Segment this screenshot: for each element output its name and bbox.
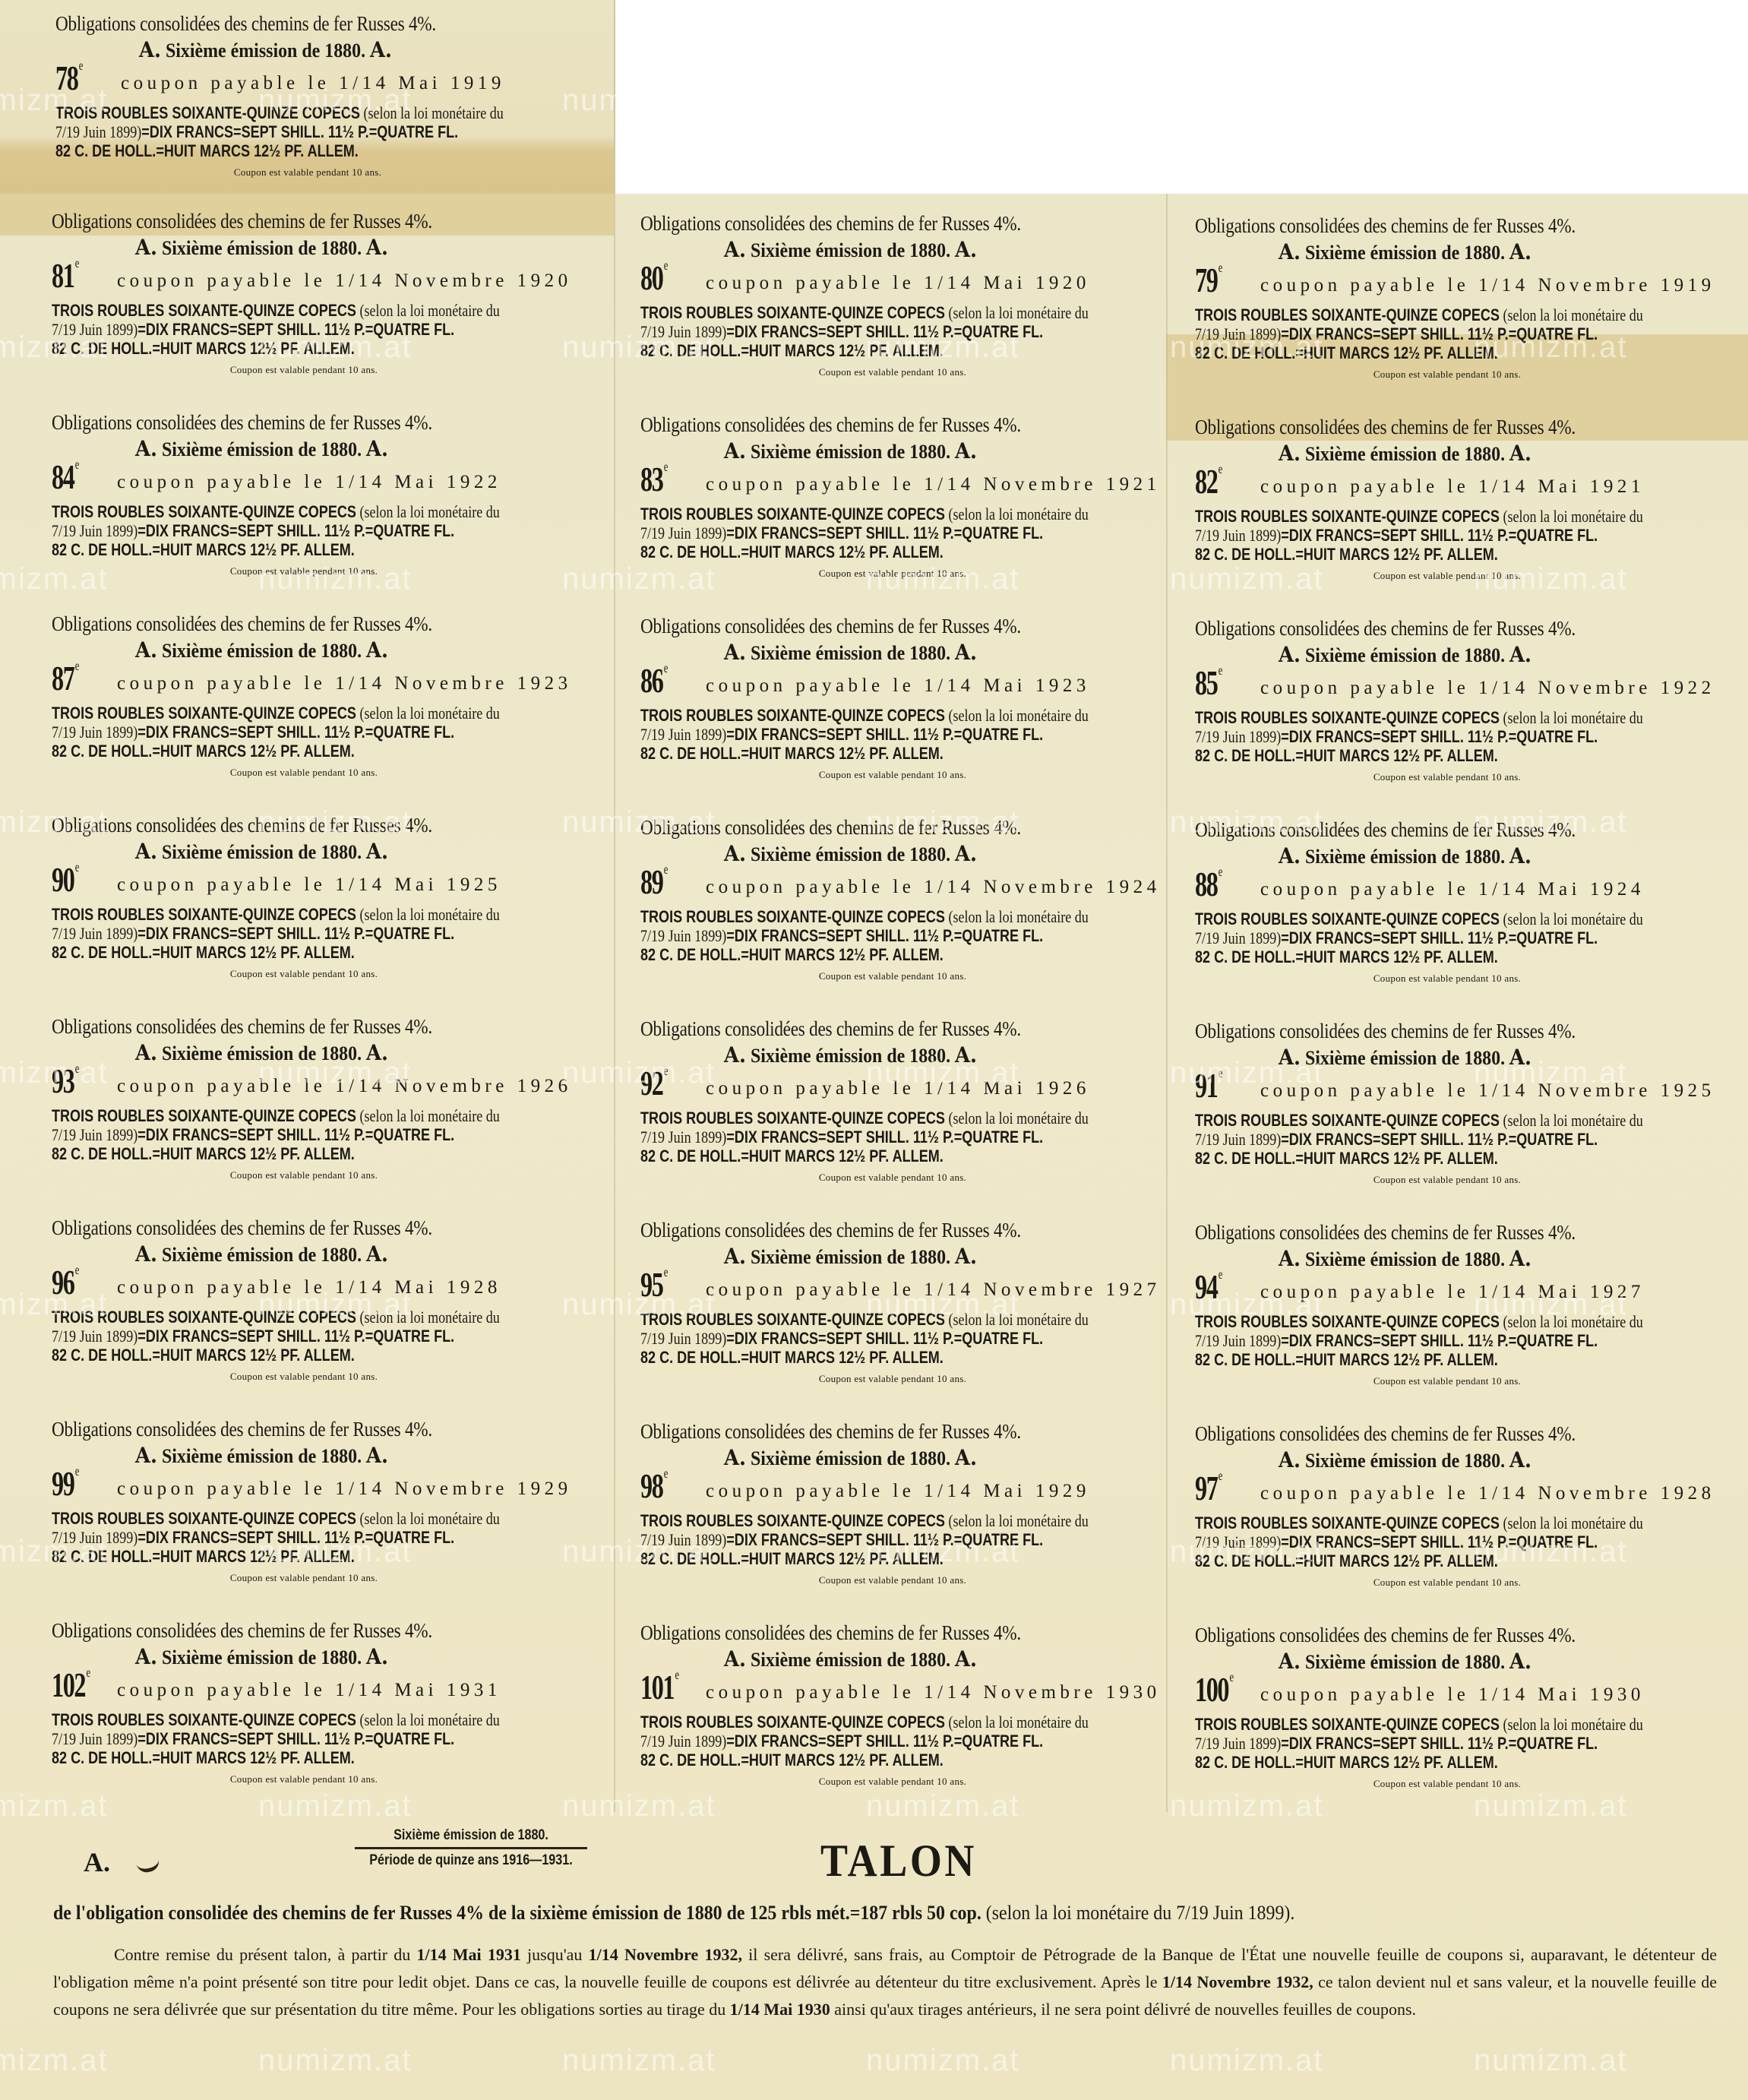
coupon-heading: Obligations consolidées des chemins de f… [1195,214,1655,238]
coupon-number: 95e [640,1264,667,1305]
coupon-heading: Obligations consolidées des chemins de f… [640,413,1100,437]
coupon-payable-date: coupon payable le 1/14 Novembre 1929 [117,1479,572,1500]
ordinal-suffix: e [75,1061,78,1076]
talon-body-emphasis: 1/14 Novembre 1932, [1162,1972,1313,1991]
talon-headline-normal: (selon la loi monétaire du 7/19 Juin 189… [981,1902,1295,1924]
series-letter: A. [955,640,977,665]
coupon-equivalence-line: 7/19 Juin 1899)=DIX FRANCS=SEPT SHILL. 1… [640,322,1079,341]
amount-caps: TROIS ROUBLES SOIXANTE-QUINZE COPECS [640,907,945,926]
coupon-equivalence-line: 7/19 Juin 1899)=DIX FRANCS=SEPT SHILL. 1… [52,1729,490,1748]
coupon-amount-line: TROIS ROUBLES SOIXANTE-QUINZE COPECS (se… [1195,507,1633,526]
coupon: Obligations consolidées des chemins de f… [34,2,596,201]
coupon-amount-line: TROIS ROUBLES SOIXANTE-QUINZE COPECS (se… [52,704,490,723]
series-letter: A. [135,235,157,260]
coupon-number: 93e [52,1061,78,1101]
coupon-payable-date: coupon payable le 1/14 Mai 1930 [1260,1684,1645,1706]
coupon-heading: Obligations consolidées des chemins de f… [52,210,511,233]
coupon-equivalence-line: 7/19 Juin 1899)=DIX FRANCS=SEPT SHILL. 1… [640,926,1079,945]
series-letter: A. [135,1040,157,1065]
coupon-amount-line: TROIS ROUBLES SOIXANTE-QUINZE COPECS (se… [1195,305,1633,324]
talon-body-emphasis: 1/14 Mai 1931 [416,1945,520,1964]
coupon: Obligations consolidées des chemins de f… [619,1208,1181,1407]
series-letter: A. [366,1040,388,1065]
coupon-equivalence-line-2: 82 C. DE HOLL.=HUIT MARCS 12½ PF. ALLEM. [640,1751,1079,1770]
coupon-heading: Obligations consolidées des chemins de f… [52,1216,511,1240]
coupon-equivalence-line-2: 82 C. DE HOLL.=HUIT MARCS 12½ PF. ALLEM. [52,1346,490,1365]
coupon-amount-line: TROIS ROUBLES SOIXANTE-QUINZE COPECS (se… [1195,1715,1633,1734]
coupon-emission: A. Sixième émission de 1880. A. [1279,1649,1693,1674]
coupon-payable-date: coupon payable le 1/14 Novembre 1920 [117,270,572,292]
coupon: Obligations consolidées des chemins de f… [619,805,1181,1004]
series-letter: A. [724,1042,746,1067]
talon-emission-line: Sixième émission de 1880. [355,1827,587,1849]
coupon-equivalence-line-2: 82 C. DE HOLL.=HUIT MARCS 12½ PF. ALLEM. [52,540,490,559]
equivalence: =DIX FRANCS=SEPT SHILL. 11½ P.=QUATRE FL… [1281,1331,1598,1350]
coupon-payable-date: coupon payable le 1/14 Novembre 1926 [117,1076,572,1097]
coupon-heading: Obligations consolidées des chemins de f… [1195,818,1655,842]
coupon-emission: A. Sixième émission de 1880. A. [1279,1246,1693,1271]
coupon: Obligations consolidées des chemins de f… [619,1409,1181,1608]
coupon-heading: Obligations consolidées des chemins de f… [52,1015,511,1039]
series-letter: A. [135,1644,157,1669]
coupon-number: 84e [52,457,78,497]
talon-body-text: Contre remise du présent talon, à partir… [53,1941,1717,2023]
ordinal-suffix: e [87,1665,90,1680]
coupon-equivalence-line: 7/19 Juin 1899)=DIX FRANCS=SEPT SHILL. 1… [1195,1734,1633,1753]
coupon: Obligations consolidées des chemins de f… [619,201,1181,400]
amount-caps: TROIS ROUBLES SOIXANTE-QUINZE COPECS [1195,1513,1500,1532]
amount-caps: TROIS ROUBLES SOIXANTE-QUINZE COPECS [55,103,360,122]
coupon-validity: Coupon est valable pendant 10 ans. [640,1574,1145,1586]
coupon: Obligations consolidées des chemins de f… [30,400,593,599]
ordinal-suffix: e [664,1264,667,1279]
talon-body-segment: Contre remise du présent talon, à partir… [114,1945,416,1964]
series-letter: A. [724,841,746,866]
coupon: Obligations consolidées des chemins de f… [1174,204,1736,403]
equivalence: =DIX FRANCS=SEPT SHILL. 11½ P.=QUATRE FL… [1281,324,1598,343]
coupon-payable-line: 96ecoupon payable le 1/14 Mai 1928 [52,1267,586,1308]
coupon-number: 89e [640,862,667,902]
coupon-equivalence-line-2: 82 C. DE HOLL.=HUIT MARCS 12½ PF. ALLEM. [1195,1753,1633,1772]
amount-caps: TROIS ROUBLES SOIXANTE-QUINZE COPECS [1195,305,1500,324]
coupon-number: 99e [52,1463,78,1504]
coupon-amount-line: TROIS ROUBLES SOIXANTE-QUINZE COPECS (se… [640,907,1079,926]
ordinal-suffix: e [664,862,667,877]
coupon-payable-date: coupon payable le 1/14 Mai 1927 [1260,1282,1645,1303]
coupon-payable-date: coupon payable le 1/14 Novembre 1927 [706,1279,1161,1301]
series-letter: A. [955,1445,977,1470]
coupon: Obligations consolidées des chemins de f… [1174,1210,1736,1409]
series-letter: A. [1279,441,1301,466]
amount-caps: TROIS ROUBLES SOIXANTE-QUINZE COPECS [52,1308,356,1327]
series-letter: A. [724,1445,746,1470]
coupon: Obligations consolidées des chemins de f… [30,1608,593,1807]
coupon-amount-line: TROIS ROUBLES SOIXANTE-QUINZE COPECS (se… [640,1713,1079,1732]
coupon-payable-date: coupon payable le 1/14 Mai 1924 [1260,879,1645,900]
coupon: Obligations consolidées des chemins de f… [619,403,1181,602]
column-divider [614,194,615,1812]
equivalence: =DIX FRANCS=SEPT SHILL. 11½ P.=QUATRE FL… [138,924,454,943]
coupon-payable-line: 87ecoupon payable le 1/14 Novembre 1923 [52,663,586,704]
coupon: Obligations consolidées des chemins de f… [1174,606,1736,805]
coupon-validity: Coupon est valable pendant 10 ans. [1195,771,1699,783]
series-letter: A. [366,235,388,260]
coupon-equivalence-line: 7/19 Juin 1899)=DIX FRANCS=SEPT SHILL. 1… [640,523,1079,542]
coupon-equivalence-line-2: 82 C. DE HOLL.=HUIT MARCS 12½ PF. ALLEM. [52,1748,490,1767]
coupon-equivalence-line: 7/19 Juin 1899)=DIX FRANCS=SEPT SHILL. 1… [1195,324,1633,343]
equivalence: =DIX FRANCS=SEPT SHILL. 11½ P.=QUATRE FL… [138,723,454,742]
talon-period-line: Période de quinze ans 1916—1931. [355,1849,587,1869]
series-letter: A. [135,1241,157,1267]
coupon-heading: Obligations consolidées des chemins de f… [1195,1624,1655,1647]
coupon-heading: Obligations consolidées des chemins de f… [52,612,511,636]
coupon-payable-line: 86ecoupon payable le 1/14 Mai 1923 [640,665,1175,706]
amount-caps: TROIS ROUBLES SOIXANTE-QUINZE COPECS [640,1713,945,1732]
coupon-emission: A. Sixième émission de 1880. A. [135,235,550,260]
coupon-number: 78e [55,58,82,98]
talon-headline-bold: de l'obligation consolidée des chemins d… [53,1902,981,1924]
coupon-amount-line: TROIS ROUBLES SOIXANTE-QUINZE COPECS (se… [55,103,494,122]
coupon-payable-line: 95ecoupon payable le 1/14 Novembre 1927 [640,1269,1175,1310]
coupon-equivalence-line-2: 82 C. DE HOLL.=HUIT MARCS 12½ PF. ALLEM. [1195,947,1633,966]
coupon-emission: A. Sixième émission de 1880. A. [724,1244,1139,1269]
equivalence: =DIX FRANCS=SEPT SHILL. 11½ P.=QUATRE FL… [138,1528,454,1547]
coupon: Obligations consolidées des chemins de f… [1174,1613,1736,1812]
coupon-equivalence-line-2: 82 C. DE HOLL.=HUIT MARCS 12½ PF. ALLEM. [640,542,1079,561]
equivalence: =DIX FRANCS=SEPT SHILL. 11½ P.=QUATRE FL… [1281,1130,1598,1149]
equivalence: =DIX FRANCS=SEPT SHILL. 11½ P.=QUATRE FL… [141,122,458,141]
series-letter: A. [1279,1246,1301,1271]
series-letter: A. [724,640,746,665]
coupon-payable-date: coupon payable le 1/14 Novembre 1919 [1260,275,1715,296]
series-letter: A. [1509,843,1531,868]
equivalence: =DIX FRANCS=SEPT SHILL. 11½ P.=QUATRE FL… [726,926,1043,945]
coupon-validity: Coupon est valable pendant 10 ans. [52,968,556,980]
amount-caps: TROIS ROUBLES SOIXANTE-QUINZE COPECS [52,704,356,723]
coupon-equivalence-line-2: 82 C. DE HOLL.=HUIT MARCS 12½ PF. ALLEM. [52,1144,490,1163]
ordinal-suffix: e [1219,1065,1222,1080]
series-letter: A. [1509,239,1531,264]
coupon-payable-line: 84ecoupon payable le 1/14 Mai 1922 [52,461,586,502]
coupon-number: 97e [1195,1468,1222,1508]
amount-caps: TROIS ROUBLES SOIXANTE-QUINZE COPECS [640,706,945,725]
talon-body-emphasis: 1/14 Novembre 1932, [589,1945,742,1964]
coupon-equivalence-line-2: 82 C. DE HOLL.=HUIT MARCS 12½ PF. ALLEM. [52,742,490,761]
coupon-amount-line: TROIS ROUBLES SOIXANTE-QUINZE COPECS (se… [1195,1312,1633,1331]
coupon-payable-line: 91ecoupon payable le 1/14 Novembre 1925 [1195,1070,1730,1111]
equivalence: =DIX FRANCS=SEPT SHILL. 11½ P.=QUATRE FL… [1281,928,1598,947]
coupon-emission: A. Sixième émission de 1880. A. [1279,1045,1693,1070]
coupon-equivalence-line-2: 82 C. DE HOLL.=HUIT MARCS 12½ PF. ALLEM. [52,943,490,962]
amount-caps: TROIS ROUBLES SOIXANTE-QUINZE COPECS [52,301,356,320]
equivalence: =DIX FRANCS=SEPT SHILL. 11½ P.=QUATRE FL… [726,322,1043,341]
coupon-validity: Coupon est valable pendant 10 ans. [52,1371,556,1383]
amount-caps: TROIS ROUBLES SOIXANTE-QUINZE COPECS [1195,909,1500,928]
amount-caps: TROIS ROUBLES SOIXANTE-QUINZE COPECS [52,1509,356,1528]
coupon-equivalence-line: 7/19 Juin 1899)=DIX FRANCS=SEPT SHILL. 1… [640,1732,1079,1751]
coupon-heading: Obligations consolidées des chemins de f… [1195,416,1655,439]
coupon-validity: Coupon est valable pendant 10 ans. [640,1373,1145,1385]
coupon-payable-line: 100ecoupon payable le 1/14 Mai 1930 [1195,1674,1730,1715]
coupon-equivalence-line-2: 82 C. DE HOLL.=HUIT MARCS 12½ PF. ALLEM. [640,744,1079,763]
talon-subtitle: Sixième émission de 1880. Période de qui… [355,1827,587,1869]
ordinal-suffix: e [1219,864,1222,879]
ordinal-suffix: e [675,1667,678,1682]
coupon-payable-line: 79ecoupon payable le 1/14 Novembre 1919 [1195,264,1730,305]
coupon-heading: Obligations consolidées des chemins de f… [55,12,515,36]
coupon-emission: A. Sixième émission de 1880. A. [135,1040,550,1065]
amount-caps: TROIS ROUBLES SOIXANTE-QUINZE COPECS [640,1109,945,1127]
ordinal-suffix: e [664,258,667,273]
coupon-equivalence-line: 7/19 Juin 1899)=DIX FRANCS=SEPT SHILL. 1… [640,1329,1079,1348]
series-letter: A. [724,1646,746,1671]
coupon-validity: Coupon est valable pendant 10 ans. [52,364,556,376]
coupon-validity: Coupon est valable pendant 10 ans. [1195,1174,1699,1186]
coupon-validity: Coupon est valable pendant 10 ans. [640,568,1145,580]
series-letter: A. [955,438,977,463]
coupon-emission: A. Sixième émission de 1880. A. [1279,441,1693,466]
equivalence: =DIX FRANCS=SEPT SHILL. 11½ P.=QUATRE FL… [726,725,1043,744]
series-letter: A. [366,1241,388,1267]
talon-body-segment: jusqu'au [521,1945,589,1964]
coupon-number: 82e [1195,461,1222,501]
coupon-equivalence-line: 7/19 Juin 1899)=DIX FRANCS=SEPT SHILL. 1… [52,723,490,742]
coupon-equivalence-line: 7/19 Juin 1899)=DIX FRANCS=SEPT SHILL. 1… [1195,526,1633,545]
amount-caps: TROIS ROUBLES SOIXANTE-QUINZE COPECS [1195,507,1500,526]
series-letter: A. [955,841,977,866]
series-letter: A. [1509,1045,1531,1070]
series-letter: A. [1509,642,1531,667]
coupon-equivalence-line: 7/19 Juin 1899)=DIX FRANCS=SEPT SHILL. 1… [1195,1130,1633,1149]
coupon-payable-line: 78ecoupon payable le 1/14 Mai 1919 [55,62,590,103]
coupon-payable-date: coupon payable le 1/14 Novembre 1925 [1260,1080,1715,1102]
amount-caps: TROIS ROUBLES SOIXANTE-QUINZE COPECS [640,1511,945,1530]
coupon-emission: A. Sixième émission de 1880. A. [135,1644,550,1669]
coupon-emission: A. Sixième émission de 1880. A. [724,237,1139,262]
coupon-payable-date: coupon payable le 1/14 Mai 1919 [121,73,505,94]
equivalence: =DIX FRANCS=SEPT SHILL. 11½ P.=QUATRE FL… [138,521,454,540]
coupon-amount-line: TROIS ROUBLES SOIXANTE-QUINZE COPECS (se… [52,301,490,320]
coupon-equivalence-line: 7/19 Juin 1899)=DIX FRANCS=SEPT SHILL. 1… [1195,928,1633,947]
coupon-amount-line: TROIS ROUBLES SOIXANTE-QUINZE COPECS (se… [640,303,1079,322]
series-letter: A. [955,1042,977,1067]
amount-caps: TROIS ROUBLES SOIXANTE-QUINZE COPECS [640,504,945,523]
coupon-payable-line: 89ecoupon payable le 1/14 Novembre 1924 [640,866,1175,907]
series-letter: A. [955,1244,977,1269]
coupon-equivalence-line-2: 82 C. DE HOLL.=HUIT MARCS 12½ PF. ALLEM. [640,1348,1079,1367]
equivalence: =DIX FRANCS=SEPT SHILL. 11½ P.=QUATRE FL… [138,1729,454,1748]
coupon-heading: Obligations consolidées des chemins de f… [1195,1422,1655,1446]
amount-caps: TROIS ROUBLES SOIXANTE-QUINZE COPECS [52,502,356,521]
coupon-emission: A. Sixième émission de 1880. A. [1279,642,1693,667]
coupon-heading: Obligations consolidées des chemins de f… [640,1219,1100,1242]
coupon-validity: Coupon est valable pendant 10 ans. [640,1776,1145,1788]
coupon-equivalence-line-2: 82 C. DE HOLL.=HUIT MARCS 12½ PF. ALLEM. [1195,1551,1633,1570]
coupon-equivalence-line: 7/19 Juin 1899)=DIX FRANCS=SEPT SHILL. 1… [1195,1532,1633,1551]
coupon: Obligations consolidées des chemins de f… [30,1407,593,1606]
coupon-amount-line: TROIS ROUBLES SOIXANTE-QUINZE COPECS (se… [1195,909,1633,928]
equivalence: =DIX FRANCS=SEPT SHILL. 11½ P.=QUATRE FL… [726,1127,1043,1146]
ordinal-suffix: e [664,1466,667,1481]
coupon-validity: Coupon est valable pendant 10 ans. [52,767,556,779]
coupon-number: 79e [1195,260,1222,300]
coupon-validity: Coupon est valable pendant 10 ans. [52,1773,556,1785]
amount-caps: TROIS ROUBLES SOIXANTE-QUINZE COPECS [52,1710,356,1729]
coupon: Obligations consolidées des chemins de f… [30,199,593,398]
ordinal-suffix: e [75,255,78,270]
coupon-equivalence-line-2: 82 C. DE HOLL.=HUIT MARCS 12½ PF. ALLEM. [52,1547,490,1566]
coupon: Obligations consolidées des chemins de f… [1174,405,1736,604]
coupon-validity: Coupon est valable pendant 10 ans. [52,565,556,577]
ordinal-suffix: e [664,660,667,675]
coupon-equivalence-line-2: 82 C. DE HOLL.=HUIT MARCS 12½ PF. ALLEM. [640,1146,1079,1165]
ordinal-suffix: e [664,1063,667,1078]
coupon-heading: Obligations consolidées des chemins de f… [52,411,511,435]
coupon-payable-line: 88ecoupon payable le 1/14 Mai 1924 [1195,868,1730,909]
ordinal-suffix: e [75,1262,78,1277]
ordinal-suffix: e [75,1463,78,1479]
talon-title: TALON [820,1835,977,1887]
series-letter: A. [135,436,157,461]
series-letter: A. [724,438,746,463]
series-letter: A. [1279,843,1301,868]
coupon-equivalence-line-2: 82 C. DE HOLL.=HUIT MARCS 12½ PF. ALLEM. [55,141,494,160]
coupon-amount-line: TROIS ROUBLES SOIXANTE-QUINZE COPECS (se… [640,1109,1079,1127]
coupon-payable-line: 102ecoupon payable le 1/14 Mai 1931 [52,1669,586,1710]
amount-caps: TROIS ROUBLES SOIXANTE-QUINZE COPECS [52,905,356,924]
series-letter: A. [955,237,977,262]
coupon-validity: Coupon est valable pendant 10 ans. [52,1572,556,1584]
coupon-amount-line: TROIS ROUBLES SOIXANTE-QUINZE COPECS (se… [640,706,1079,725]
coupon: Obligations consolidées des chemins de f… [30,1206,593,1405]
coupon-heading: Obligations consolidées des chemins de f… [52,1418,511,1441]
coupon-emission: A. Sixième émission de 1880. A. [724,438,1139,463]
coupon-emission: A. Sixième émission de 1880. A. [135,436,550,461]
coupon-equivalence-line-2: 82 C. DE HOLL.=HUIT MARCS 12½ PF. ALLEM. [640,945,1079,964]
series-letter: A. [724,237,746,262]
coupon-equivalence-line: 7/19 Juin 1899)=DIX FRANCS=SEPT SHILL. 1… [1195,727,1633,746]
coupon-payable-date: coupon payable le 1/14 Novembre 1930 [706,1682,1161,1703]
series-letter: A. [1509,1246,1531,1271]
series-letter: A. [955,1646,977,1671]
coupon-emission: A. Sixième émission de 1880. A. [139,37,554,62]
coupon-validity: Coupon est valable pendant 10 ans. [55,166,560,179]
coupon-equivalence-line: 7/19 Juin 1899)=DIX FRANCS=SEPT SHILL. 1… [52,1327,490,1346]
ordinal-suffix: e [79,58,82,73]
series-letter: A. [1279,1447,1301,1472]
coupon-emission: A. Sixième émission de 1880. A. [1279,843,1693,868]
coupon-payable-line: 83ecoupon payable le 1/14 Novembre 1921 [640,463,1175,504]
coupon-heading: Obligations consolidées des chemins de f… [1195,1221,1655,1245]
coupon-number: 91e [1195,1065,1222,1105]
coupon: Obligations consolidées des chemins de f… [619,604,1181,803]
coupon-emission: A. Sixième émission de 1880. A. [1279,1447,1693,1472]
coupon-equivalence-line-2: 82 C. DE HOLL.=HUIT MARCS 12½ PF. ALLEM. [1195,545,1633,564]
coupon-amount-line: TROIS ROUBLES SOIXANTE-QUINZE COPECS (se… [52,1106,490,1125]
coupon-payable-line: 90ecoupon payable le 1/14 Mai 1925 [52,864,586,905]
coupon-heading: Obligations consolidées des chemins de f… [1195,1020,1655,1043]
coupon: Obligations consolidées des chemins de f… [30,602,593,801]
coupon-equivalence-line-2: 82 C. DE HOLL.=HUIT MARCS 12½ PF. ALLEM. [1195,1350,1633,1369]
watermark-text: numizm.at [866,84,1020,118]
coupon-number: 88e [1195,864,1222,904]
amount-caps: TROIS ROUBLES SOIXANTE-QUINZE COPECS [1195,708,1500,727]
coupon-heading: Obligations consolidées des chemins de f… [640,615,1100,638]
coupon-payable-line: 85ecoupon payable le 1/14 Novembre 1922 [1195,667,1730,708]
coupon-emission: A. Sixième émission de 1880. A. [135,637,550,663]
coupon-amount-line: TROIS ROUBLES SOIXANTE-QUINZE COPECS (se… [52,905,490,924]
coupon-number: 85e [1195,663,1222,703]
equivalence: =DIX FRANCS=SEPT SHILL. 11½ P.=QUATRE FL… [138,1125,454,1144]
series-letter: A. [724,1244,746,1269]
coupon-number: 92e [640,1063,667,1103]
coupon-validity: Coupon est valable pendant 10 ans. [1195,570,1699,582]
ordinal-suffix: e [1219,663,1222,678]
coupon-heading: Obligations consolidées des chemins de f… [1195,617,1655,640]
coupon-payable-line: 80ecoupon payable le 1/14 Mai 1920 [640,262,1175,303]
coupon-equivalence-line-2: 82 C. DE HOLL.=HUIT MARCS 12½ PF. ALLEM. [1195,343,1633,362]
coupon-amount-line: TROIS ROUBLES SOIXANTE-QUINZE COPECS (se… [52,1710,490,1729]
coupon-heading: Obligations consolidées des chemins de f… [640,1017,1100,1041]
coupon-validity: Coupon est valable pendant 10 ans. [640,970,1145,982]
coupon-number: 102e [52,1665,90,1705]
coupon-amount-line: TROIS ROUBLES SOIXANTE-QUINZE COPECS (se… [640,1310,1079,1329]
coupon: Obligations consolidées des chemins de f… [30,1004,593,1203]
coupon-emission: A. Sixième émission de 1880. A. [135,839,550,864]
ordinal-suffix: e [75,658,78,673]
series-letter: A. [1279,1649,1301,1674]
talon-series-letter: A. [84,1846,110,1878]
ordinal-suffix: e [664,459,667,474]
coupon-emission: A. Sixième émission de 1880. A. [724,1042,1139,1067]
coupon-payable-line: 82ecoupon payable le 1/14 Mai 1921 [1195,466,1730,507]
coupon-payable-date: coupon payable le 1/14 Novembre 1928 [1260,1483,1715,1504]
coupon-validity: Coupon est valable pendant 10 ans. [640,769,1145,781]
equivalence: =DIX FRANCS=SEPT SHILL. 11½ P.=QUATRE FL… [1281,1532,1598,1551]
talon-section: A. Sixième émission de 1880. Période de … [0,1812,1748,2100]
coupon-amount-line: TROIS ROUBLES SOIXANTE-QUINZE COPECS (se… [52,1308,490,1327]
coupon-validity: Coupon est valable pendant 10 ans. [1195,1375,1699,1387]
series-letter: A. [135,1443,157,1468]
coupon: Obligations consolidées des chemins de f… [619,1611,1181,1810]
coupon-equivalence-line-2: 82 C. DE HOLL.=HUIT MARCS 12½ PF. ALLEM. [640,1549,1079,1568]
talon-headline: de l'obligation consolidée des chemins d… [53,1902,1294,1924]
talon-body-emphasis: 1/14 Mai 1930 [730,2000,830,2019]
coupon-payable-date: coupon payable le 1/14 Novembre 1922 [1260,678,1715,699]
coupon: Obligations consolidées des chemins de f… [1174,1009,1736,1208]
coupon-emission: A. Sixième émission de 1880. A. [135,1443,550,1468]
coupon-equivalence-line: 7/19 Juin 1899)=DIX FRANCS=SEPT SHILL. 1… [52,1125,490,1144]
coupon-payable-line: 92ecoupon payable le 1/14 Mai 1926 [640,1067,1175,1109]
amount-caps: TROIS ROUBLES SOIXANTE-QUINZE COPECS [1195,1715,1500,1734]
coupon-payable-line: 99ecoupon payable le 1/14 Novembre 1929 [52,1468,586,1509]
coupon-payable-date: coupon payable le 1/14 Mai 1921 [1260,476,1645,498]
coupon-payable-date: coupon payable le 1/14 Mai 1926 [706,1078,1090,1099]
coupon-number: 87e [52,658,78,698]
coupon-payable-date: coupon payable le 1/14 Novembre 1924 [706,877,1161,898]
coupon-amount-line: TROIS ROUBLES SOIXANTE-QUINZE COPECS (se… [640,1511,1079,1530]
coupon-heading: Obligations consolidées des chemins de f… [640,1621,1100,1645]
coupon-emission: A. Sixième émission de 1880. A. [724,1646,1139,1671]
coupon-amount-line: TROIS ROUBLES SOIXANTE-QUINZE COPECS (se… [1195,1513,1633,1532]
series-letter: A. [1279,239,1301,264]
coupon-emission: A. Sixième émission de 1880. A. [724,841,1139,866]
coupon-amount-line: TROIS ROUBLES SOIXANTE-QUINZE COPECS (se… [640,504,1079,523]
coupon-payable-date: coupon payable le 1/14 Mai 1931 [117,1680,501,1701]
ordinal-suffix: e [75,457,78,472]
ordinal-suffix: e [1219,260,1222,275]
coupon-validity: Coupon est valable pendant 10 ans. [52,1169,556,1181]
